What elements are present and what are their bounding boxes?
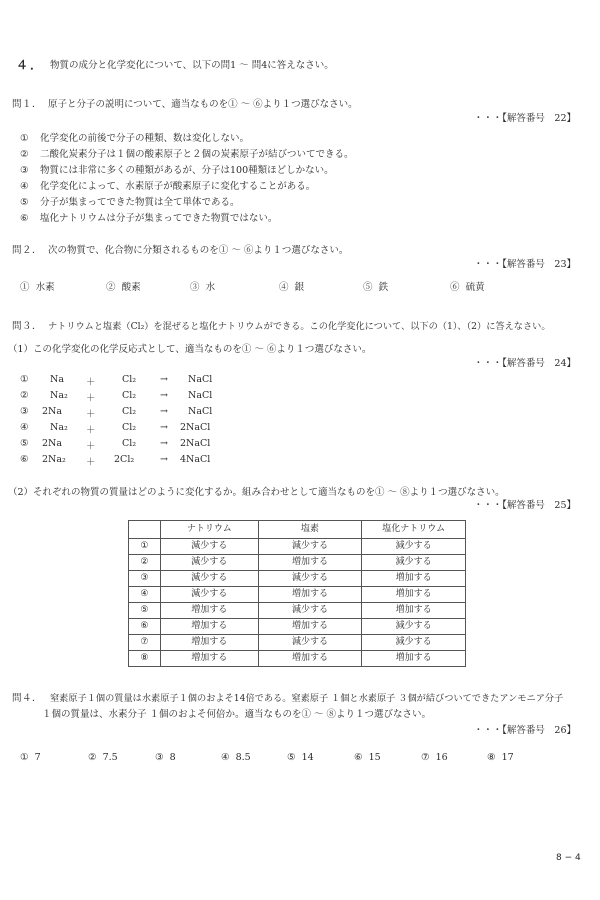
option-text: 物質には非常に多くの種類があるが、分子は100種類ほどしかない。 [40, 165, 334, 176]
q3-sub1-prompt: （1）この化学変化の化学反応式として、適当なものを① ～ ⑥より１つ選びなさい。 [8, 341, 371, 355]
table-cell: 減少する [160, 555, 258, 571]
q1-option[interactable]: ①化学変化の前後で分子の種類、数は変化しない。 [20, 130, 249, 144]
reactant-1: Na₂ [50, 422, 68, 433]
table-cell: ② [129, 555, 161, 571]
q4-prompt-line2: １個の質量は、水素分子 １個のおよそ何倍か。適当なものを① ～ ⑧より１つ選びな… [42, 706, 431, 720]
table-cell: ① [129, 539, 161, 555]
option-number: ⑥ [450, 282, 460, 293]
plus-sign: ＋ [86, 422, 96, 436]
q4-option[interactable]: ③ 8 [155, 752, 176, 763]
table-cell: 減少する [160, 571, 258, 587]
q1-option[interactable]: ⑤分子が集まってできた物質は全て単体である。 [20, 194, 240, 208]
arrow-icon: → [160, 406, 168, 417]
option-text: 7 [35, 752, 41, 763]
table-cell: 増加する [160, 603, 258, 619]
option-number: ② [20, 149, 40, 160]
table-cell: 増加する [160, 635, 258, 651]
table-header: ナトリウム [160, 521, 258, 539]
option-text: 二酸化炭素分子は１個の酸素原子と２個の炭素原子が結びついてできる。 [40, 149, 354, 160]
table-cell: 増加する [160, 651, 258, 667]
table-row[interactable]: ⑤ 増加する 減少する 増加する [129, 603, 466, 619]
q1-option[interactable]: ④化学変化によって、水素原子が酸素原子に変化することがある。 [20, 178, 315, 192]
option-number: ④ [221, 752, 230, 763]
table-cell: 減少する [258, 603, 362, 619]
table-cell: 増加する [362, 651, 466, 667]
q1-prompt: 原子と分子の説明について、適当なものを① ～ ⑥より１つ選びなさい。 [48, 96, 358, 110]
plus-sign: ＋ [86, 454, 96, 468]
option-number: ⑤ [287, 752, 296, 763]
q4-label: 問４． [12, 690, 42, 704]
reactant-1: 2Na [42, 438, 62, 449]
reactant-2: Cl₂ [122, 406, 136, 417]
option-number: ⑤ [363, 282, 373, 293]
table-cell: ⑧ [129, 651, 161, 667]
table-header-row: ナトリウム 塩素 塩化ナトリウム [129, 521, 466, 539]
table-header: 塩素 [258, 521, 362, 539]
table-row[interactable]: ③ 減少する 減少する 増加する [129, 571, 466, 587]
option-number: ⑤ [20, 197, 40, 208]
q3-sub2-prompt: （2）それぞれの物質の質量はどのように変化するか。組み合わせとして適当なものを①… [8, 484, 505, 498]
option-text: 酸素 [122, 282, 141, 293]
reactant-2: Cl₂ [122, 422, 136, 433]
option-number: ③ [20, 165, 40, 176]
option-text: 化学変化の前後で分子の種類、数は変化しない。 [40, 133, 249, 144]
q1-answer-ref: ・・・【解答番号 22】 [474, 110, 576, 124]
option-text: 16 [436, 752, 448, 763]
reactant-2: Cl₂ [122, 438, 136, 449]
product: 4NaCl [180, 454, 210, 465]
q4-option[interactable]: ① 7 [20, 752, 41, 763]
q2-option[interactable]: ⑤ 鉄 [363, 279, 388, 293]
table-row[interactable]: ⑥ 増加する 増加する 減少する [129, 619, 466, 635]
table-cell: 減少する [258, 539, 362, 555]
table-cell: 減少する [160, 539, 258, 555]
option-number: ① [20, 133, 40, 144]
table-row[interactable]: ④ 減少する 増加する 増加する [129, 587, 466, 603]
table-cell: 増加する [362, 603, 466, 619]
table-cell: ③ [129, 571, 161, 587]
q2-answer-ref: ・・・【解答番号 23】 [474, 256, 576, 270]
product: NaCl [188, 390, 212, 401]
option-number: ⑦ [421, 752, 430, 763]
q4-answer-ref: ・・・【解答番号 26】 [474, 722, 576, 736]
q3-sub2-answer-ref: ・・・【解答番号 25】 [474, 497, 576, 511]
option-text: 硫黄 [466, 282, 485, 293]
q4-option[interactable]: ⑤ 14 [287, 752, 314, 763]
q1-option[interactable]: ⑥塩化ナトリウムは分子が集まってできた物質ではない。 [20, 210, 277, 224]
table-cell: 減少する [258, 571, 362, 587]
arrow-icon: → [160, 454, 168, 465]
product: 2NaCl [180, 422, 210, 433]
option-text: 8.5 [236, 752, 251, 763]
arrow-icon: → [160, 374, 168, 385]
option-text: 17 [502, 752, 514, 763]
reactant-2: Cl₂ [122, 390, 136, 401]
q2-label: 問２． [12, 242, 42, 256]
q2-option[interactable]: ③ 水 [190, 279, 215, 293]
q2-prompt: 次の物質で、化合物に分類されるものを① ～ ⑥より１つ選びなさい。 [48, 242, 348, 256]
option-number: ④ [20, 181, 40, 192]
arrow-icon: → [160, 390, 168, 401]
reactant-2: 2Cl₂ [114, 454, 134, 465]
q4-option[interactable]: ② 7.5 [88, 752, 118, 763]
option-number: ⑥ [20, 213, 40, 224]
option-number: ⑥ [20, 454, 29, 465]
plus-sign: ＋ [86, 374, 96, 388]
table-row[interactable]: ① 減少する 減少する 減少する [129, 539, 466, 555]
q4-option[interactable]: ⑥ 15 [354, 752, 381, 763]
option-number: ② [20, 390, 29, 401]
table-cell: 減少する [362, 635, 466, 651]
table-cell: ⑤ [129, 603, 161, 619]
table-cell: ⑦ [129, 635, 161, 651]
table-cell: 減少する [362, 555, 466, 571]
mass-change-table: ナトリウム 塩素 塩化ナトリウム ① 減少する 減少する 減少する ② 減少する… [128, 520, 466, 667]
arrow-icon: → [160, 438, 168, 449]
option-text: 塩化ナトリウムは分子が集まってできた物質ではない。 [40, 213, 277, 224]
q2-option[interactable]: ⑥ 硫黄 [450, 279, 485, 293]
option-text: 15 [369, 752, 381, 763]
q4-option[interactable]: ⑦ 16 [421, 752, 448, 763]
table-header: 塩化ナトリウム [362, 521, 466, 539]
table-cell: 増加する [258, 619, 362, 635]
q2-option[interactable]: ① 水素 [20, 279, 55, 293]
option-number: ③ [190, 282, 200, 293]
option-number: ③ [20, 406, 29, 417]
table-cell: 増加する [362, 571, 466, 587]
option-text: 鉄 [379, 282, 389, 293]
q4-option[interactable]: ⑧ 17 [487, 752, 514, 763]
table-cell: ⑥ [129, 619, 161, 635]
option-text: 8 [170, 752, 176, 763]
table-cell: 減少する [160, 587, 258, 603]
table-cell: 増加する [362, 587, 466, 603]
section-intro: 物質の成分と化学変化について、以下の問1 ～ 問4に答えなさい。 [50, 57, 334, 71]
table-cell: 増加する [258, 587, 362, 603]
option-text: 銀 [295, 282, 305, 293]
product: NaCl [188, 406, 212, 417]
q2-option[interactable]: ④ 銀 [279, 279, 304, 293]
plus-sign: ＋ [86, 438, 96, 452]
option-number: ④ [20, 422, 29, 433]
option-number: ① [20, 282, 30, 293]
option-number: ① [20, 752, 29, 763]
option-text: 化学変化によって、水素原子が酸素原子に変化することがある。 [40, 181, 315, 192]
q4-prompt-line1: 窒素原子１個の質量は水素原子１個のおよそ14倍である。窒素原子 １個と水素原子 … [50, 690, 563, 704]
option-text: 14 [302, 752, 314, 763]
table-cell: 減少する [362, 539, 466, 555]
option-number: ⑥ [354, 752, 363, 763]
q1-option[interactable]: ②二酸化炭素分子は１個の酸素原子と２個の炭素原子が結びついてできる。 [20, 146, 354, 160]
q4-option[interactable]: ④ 8.5 [221, 752, 251, 763]
section-number: ４． [16, 56, 44, 73]
reactant-1: Na [50, 374, 64, 385]
table-cell: ④ [129, 587, 161, 603]
option-text: 水素 [36, 282, 55, 293]
reactant-1: Na₂ [50, 390, 68, 401]
reactant-2: Cl₂ [122, 374, 136, 385]
product: NaCl [188, 374, 212, 385]
product: 2NaCl [180, 438, 210, 449]
reactant-1: 2Na [42, 406, 62, 417]
plus-sign: ＋ [86, 406, 96, 420]
option-number: ③ [155, 752, 164, 763]
q1-label: 問１． [12, 96, 42, 110]
option-number: ① [20, 374, 29, 385]
arrow-icon: → [160, 422, 168, 433]
table-row[interactable]: ② 減少する 増加する 減少する [129, 555, 466, 571]
table-row[interactable]: ⑦ 増加する 減少する 減少する [129, 635, 466, 651]
table-row[interactable]: ⑧ 増加する 増加する 増加する [129, 651, 466, 667]
table-cell: 増加する [258, 651, 362, 667]
option-number: ② [106, 282, 116, 293]
reactant-1: 2Na₂ [42, 454, 66, 465]
plus-sign: ＋ [86, 390, 96, 404]
table-cell: 減少する [258, 635, 362, 651]
option-number: ② [88, 752, 97, 763]
option-number: ④ [279, 282, 289, 293]
page-number: 8 − 4 [556, 853, 581, 863]
q3-prompt: ナトリウムと塩素（Cl₂）を混ぜると塩化ナトリウムができる。この化学変化について… [48, 318, 551, 332]
option-text: 水 [206, 282, 216, 293]
table-cell: 減少する [362, 619, 466, 635]
option-number: ⑤ [20, 438, 29, 449]
table-cell: 増加する [160, 619, 258, 635]
table-header [129, 521, 161, 539]
option-number: ⑧ [487, 752, 496, 763]
table-cell: 増加する [258, 555, 362, 571]
q1-option[interactable]: ③物質には非常に多くの種類があるが、分子は100種類ほどしかない。 [20, 162, 334, 176]
option-text: 分子が集まってできた物質は全て単体である。 [40, 197, 240, 208]
q2-option[interactable]: ② 酸素 [106, 279, 141, 293]
option-text: 7.5 [103, 752, 118, 763]
q3-sub1-answer-ref: ・・・【解答番号 24】 [474, 355, 576, 369]
q3-label: 問３． [12, 318, 42, 332]
